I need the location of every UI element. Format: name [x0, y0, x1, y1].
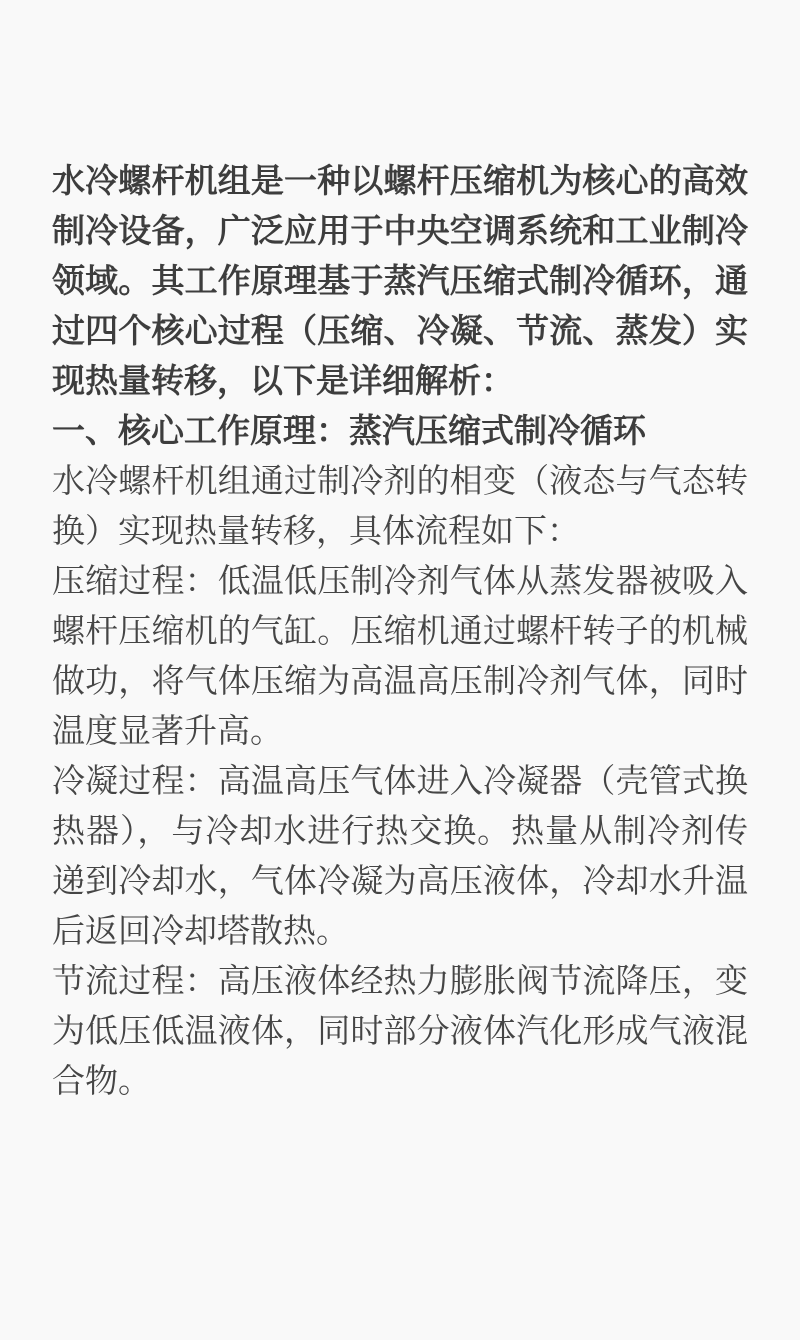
- body-paragraph-condensation: 冷凝过程：高温高压气体进入冷凝器（壳管式换热器），与冷却水进行热交换。热量从制冷…: [52, 756, 748, 956]
- article-body: 水冷螺杆机组是一种以螺杆压缩机为核心的高效制冷设备，广泛应用于中央空调系统和工业…: [52, 156, 748, 1106]
- body-paragraph-throttling: 节流过程：高压液体经热力膨胀阀节流降压，变为低压低温液体，同时部分液体汽化形成气…: [52, 956, 748, 1106]
- intro-paragraph: 水冷螺杆机组是一种以螺杆压缩机为核心的高效制冷设备，广泛应用于中央空调系统和工业…: [52, 156, 748, 406]
- body-paragraph-overview: 水冷螺杆机组通过制冷剂的相变（液态与气态转换）实现热量转移，具体流程如下：: [52, 456, 748, 556]
- document-page: 水冷螺杆机组是一种以螺杆压缩机为核心的高效制冷设备，广泛应用于中央空调系统和工业…: [0, 0, 800, 1340]
- section-heading: 一、核心工作原理：蒸汽压缩式制冷循环: [52, 406, 748, 456]
- body-paragraph-compression: 压缩过程：低温低压制冷剂气体从蒸发器被吸入螺杆压缩机的气缸。压缩机通过螺杆转子的…: [52, 556, 748, 756]
